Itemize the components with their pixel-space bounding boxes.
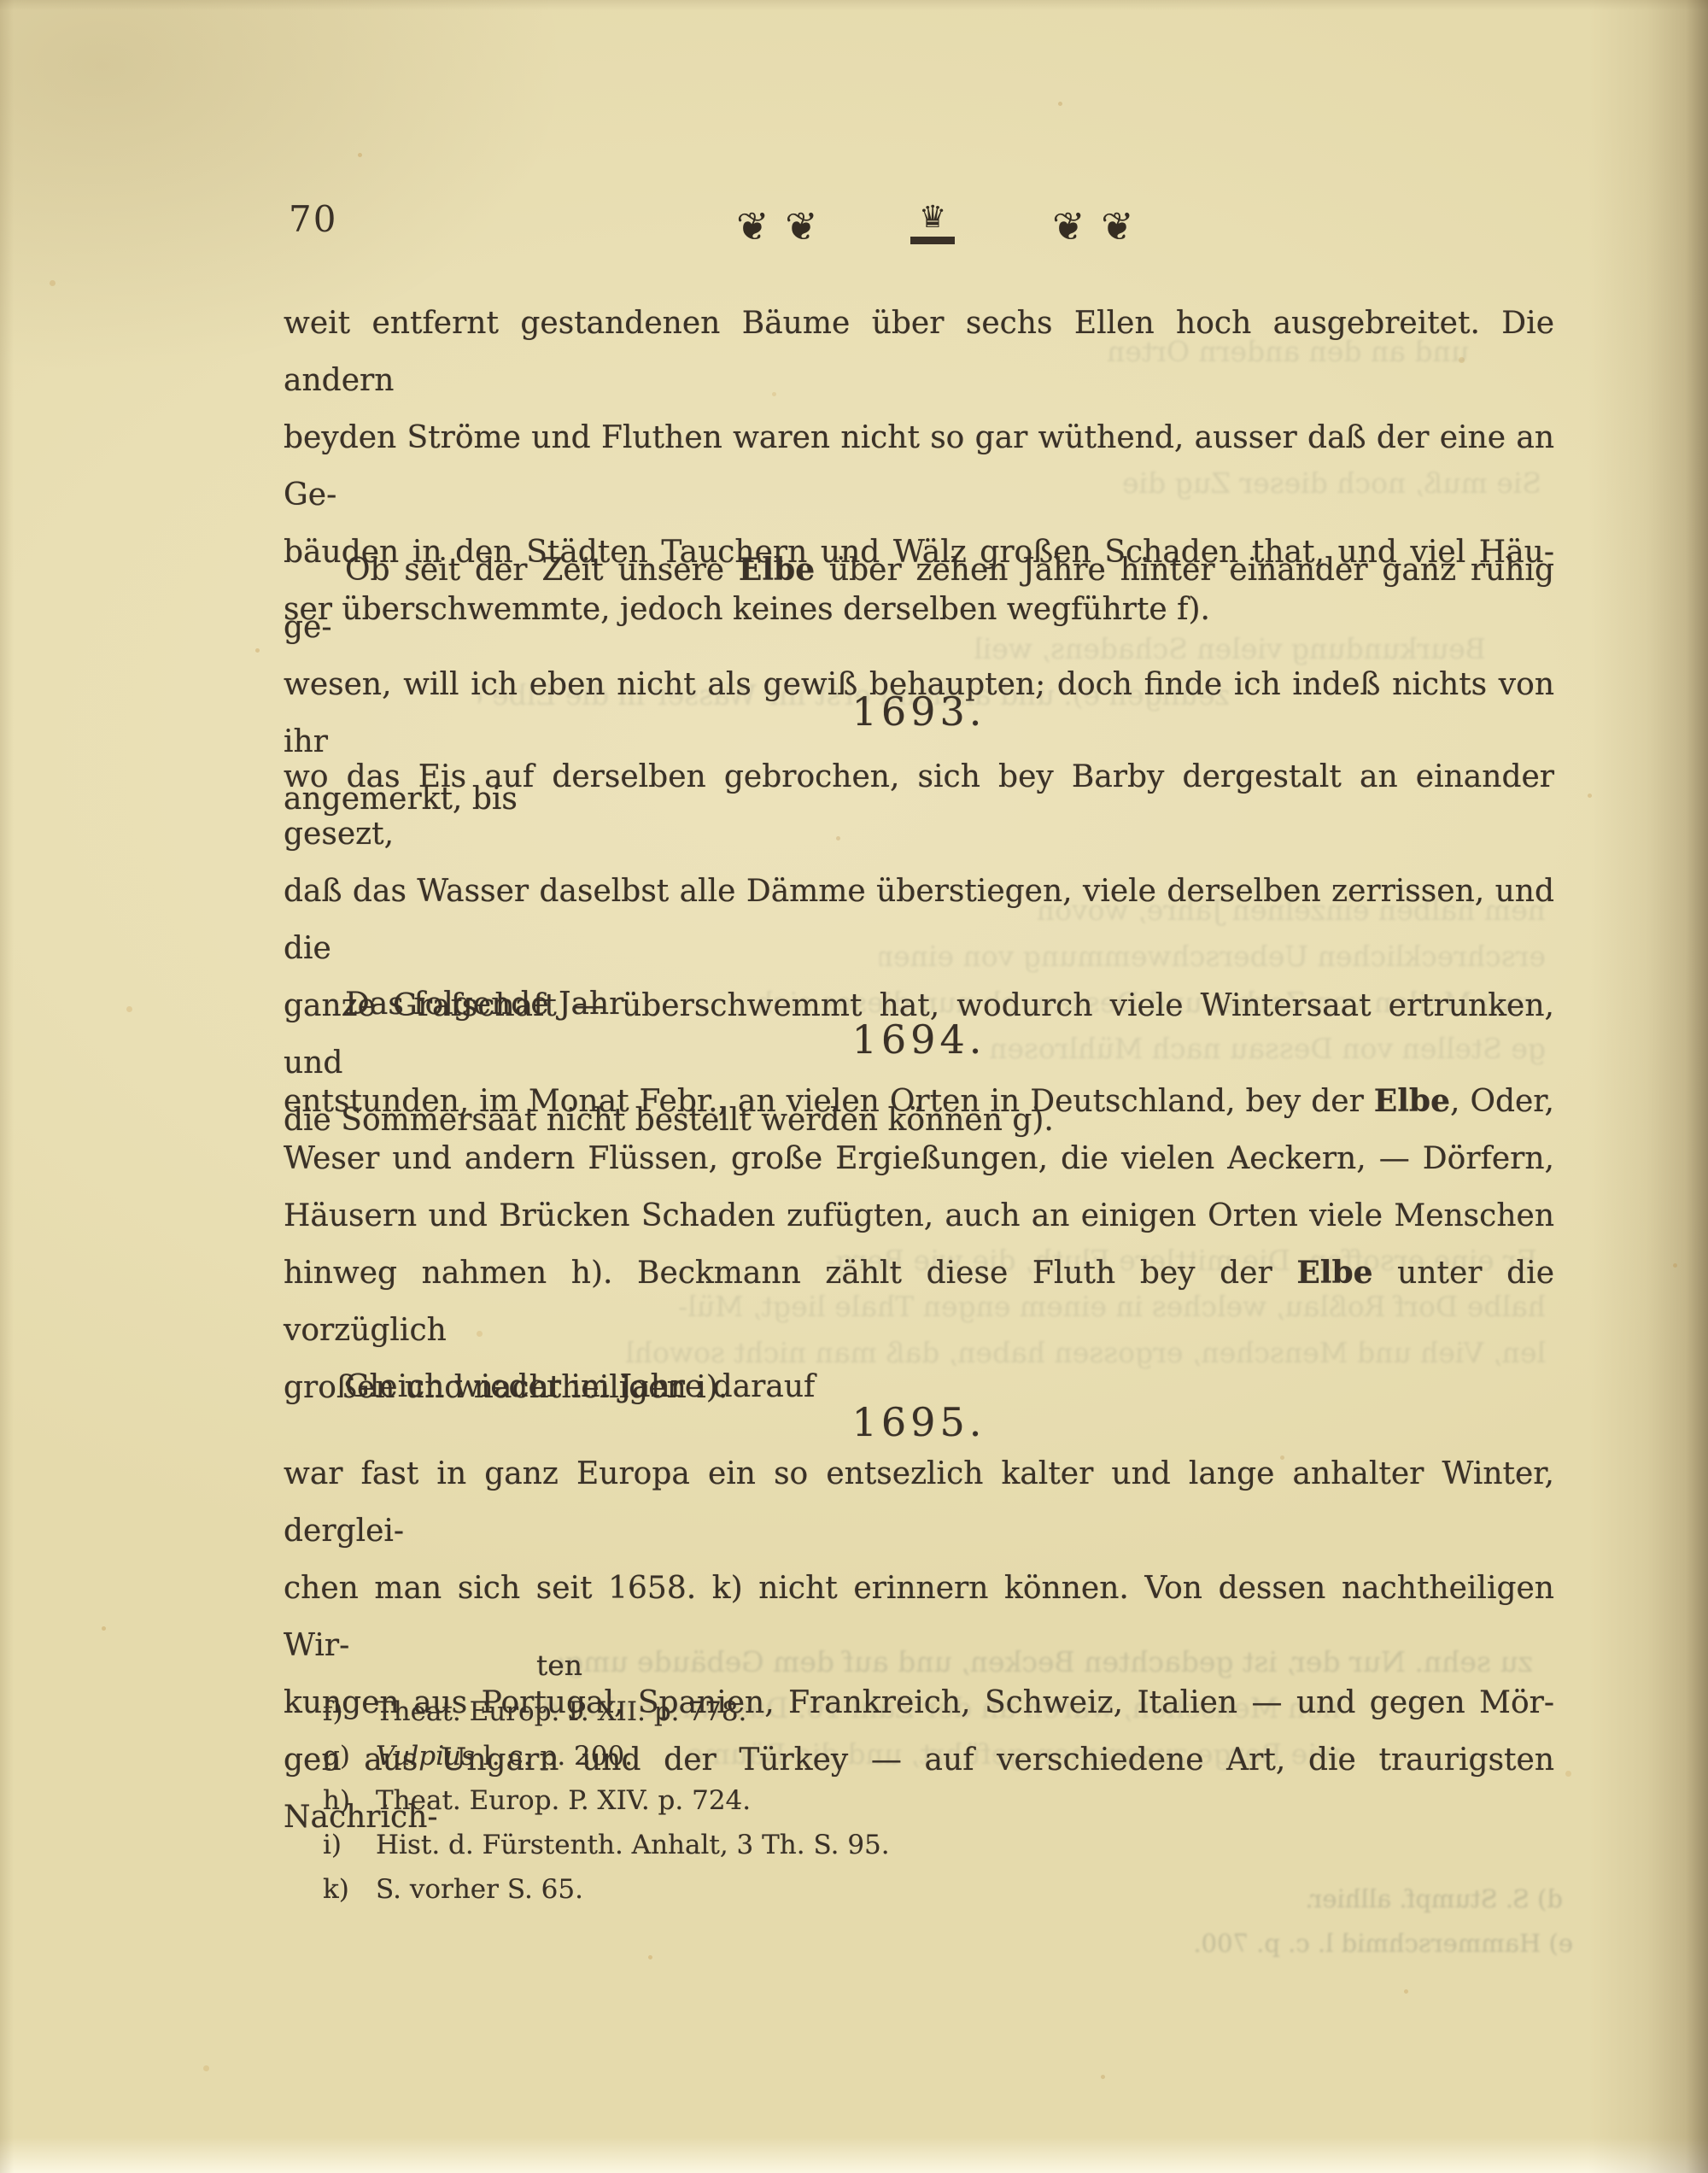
catchword: ten	[536, 1649, 582, 1682]
footnote-text: l. c. p. 200.	[475, 1741, 633, 1772]
footnote-k: k)S. vorher S. 65.	[323, 1867, 890, 1912]
text-line: chen man sich seit 1658. k) nicht erinne…	[284, 1560, 1554, 1674]
text-line: daß das Wasser daselbst alle Dämme übers…	[284, 863, 1554, 977]
text-run: entstunden, im Monat Febr., an vielen Or…	[284, 1084, 1374, 1119]
footnote-marker: k)	[323, 1867, 376, 1912]
footnote-marker: g)	[323, 1734, 376, 1778]
footnote-g: g)Vulpius l. c. p. 200.	[323, 1734, 890, 1778]
footnote-f: f)Theat. Europ. P. XII. p. 778.	[323, 1690, 890, 1734]
paper-texture	[0, 0, 3, 3]
footnote-marker: h)	[323, 1778, 376, 1823]
year-heading-1694: 1694.	[284, 1016, 1554, 1063]
text-line: war fast in ganz Europa ein so entsezlic…	[284, 1445, 1554, 1560]
text-run: hinweg nahmen h). Beckmann zählt diese F…	[284, 1256, 1296, 1291]
bleedthrough-text: d) S. Stumpf. allhier.	[1187, 1884, 1563, 1914]
text-line: Weser und andern Flüssen, große Ergießun…	[284, 1130, 1554, 1187]
emphasis-word: Elbe	[739, 552, 815, 588]
text-line: Häusern und Brücken Schaden zufügten, au…	[284, 1187, 1554, 1245]
text-run: Ob seit der Zeit unsere	[345, 553, 739, 588]
footnote-author: Vulpius	[376, 1741, 475, 1772]
footnote-text: Theat. Europ. P. XII. p. 778.	[376, 1696, 746, 1727]
text-run: wo das Eis auf derselben gebrochen, sich…	[284, 759, 1554, 852]
text-run: weit entfernt gestandenen Bäume über sec…	[284, 306, 1554, 398]
footnote-text: Hist. d. Fürstenth. Anhalt, 3 Th. S. 95.	[376, 1830, 890, 1860]
text-line: Ob seit der Zeit unsere Elbe über zehen …	[284, 542, 1554, 656]
footnote-marker: f)	[323, 1690, 376, 1734]
footnote-marker: i)	[323, 1823, 376, 1867]
text-line: beyden Ströme und Fluthen waren nicht so…	[284, 409, 1554, 524]
page-number: 70	[289, 198, 337, 240]
footnote-text: S. vorher S. 65.	[376, 1874, 583, 1905]
footnote-h: h)Theat. Europ. P. XIV. p. 724.	[323, 1778, 890, 1823]
text-run: Häusern und Brücken Schaden zufügten, au…	[284, 1198, 1554, 1233]
emphasis-word: Elbe	[1374, 1083, 1450, 1119]
text-run: Weser und andern Flüssen, große Ergießun…	[284, 1141, 1554, 1176]
fleuron-left-icon: ❦ ❦	[736, 203, 820, 249]
text-line: hinweg nahmen h). Beckmann zählt diese F…	[284, 1245, 1554, 1359]
crown-ornament-icon: ♛	[910, 198, 955, 244]
emphasis-word: Elbe	[1296, 1255, 1372, 1291]
text-run: beyden Ströme und Fluthen waren nicht so…	[284, 420, 1554, 512]
book-page: und an den andern OrtenSie muß, noch die…	[0, 0, 1708, 2173]
text-run: , Oder,	[1450, 1084, 1554, 1119]
text-line: wo das Eis auf derselben gebrochen, sich…	[284, 748, 1554, 863]
text-run: chen man sich seit 1658. k) nicht erinne…	[284, 1571, 1554, 1663]
year-heading-1695: 1695.	[284, 1399, 1554, 1445]
footnote-i: i)Hist. d. Fürstenth. Anhalt, 3 Th. S. 9…	[323, 1823, 890, 1867]
fleuron-right-icon: ❦ ❦	[1052, 203, 1136, 249]
footnote-text: Theat. Europ. P. XIV. p. 724.	[376, 1785, 751, 1816]
text-line: weit entfernt gestandenen Bäume über sec…	[284, 295, 1554, 409]
text-run: war fast in ganz Europa ein so entsezlic…	[284, 1456, 1554, 1549]
footnotes: f)Theat. Europ. P. XII. p. 778. g)Vulpiu…	[323, 1690, 890, 1912]
text-run: daß das Wasser daselbst alle Dämme übers…	[284, 874, 1554, 966]
year-heading-1693: 1693.	[284, 688, 1554, 735]
text-line: entstunden, im Monat Febr., an vielen Or…	[284, 1073, 1554, 1130]
bleedthrough-text: e) Hammerschmid l. c. p. 700.	[1172, 1929, 1573, 1959]
